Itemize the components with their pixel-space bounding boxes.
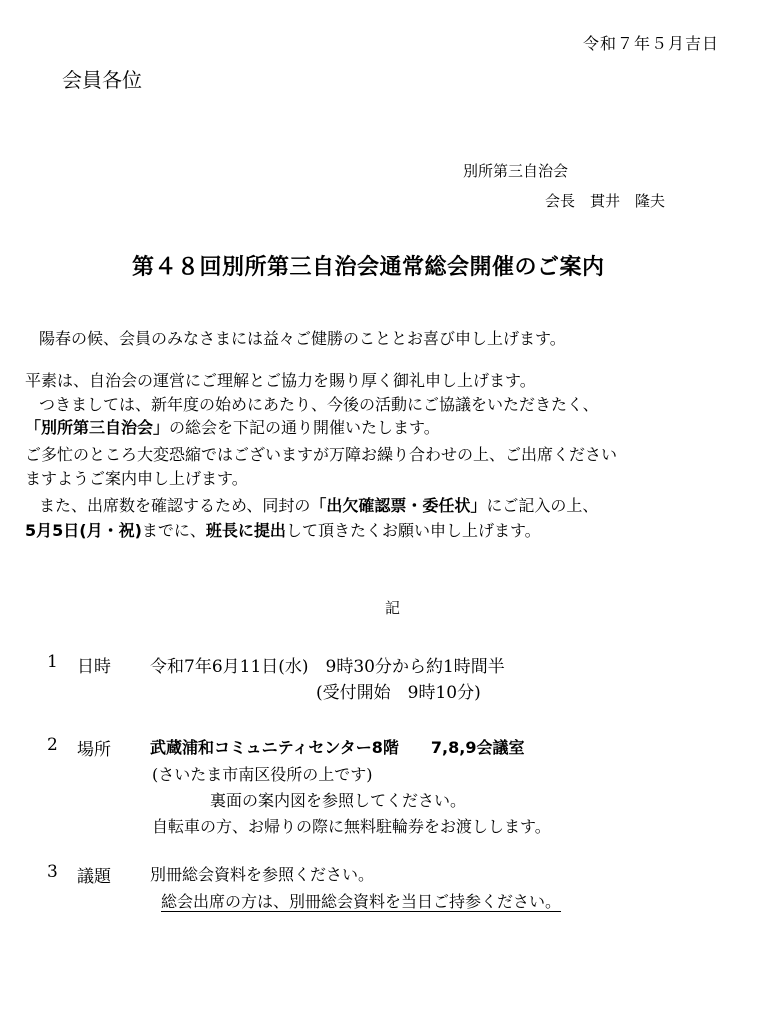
item-number: 2	[47, 735, 58, 755]
purpose-paragraph-line1: つきましては、新年度の始めにあたり、今後の活動にご協議をいただきたく、	[39, 392, 599, 415]
rsvp-text: までに、	[142, 521, 206, 540]
item-value-agenda: 別冊総会資料を参照ください。	[150, 862, 374, 885]
rsvp-instruction-line1: また、出席数を確認するため、同封の「出欠確認票・委任状」にご記入の上、	[39, 493, 598, 516]
venue-note-bicycle: 自転車の方、お帰りの際に無料駐輪券をお渡しします。	[152, 814, 551, 837]
rsvp-deadline: 5月5日(月・祝)	[25, 521, 142, 540]
item-label-datetime: 日時	[77, 652, 111, 677]
notes-heading: 記	[385, 597, 400, 618]
thanks-paragraph: 平素は、自治会の運営にご理解とご協力を賜り厚く御礼申し上げます。	[25, 368, 536, 391]
rsvp-submit-to: 班長に提出	[206, 521, 286, 540]
purpose-text: の総会を下記の通り開催いたします。	[169, 418, 440, 437]
addressee: 会員各位	[62, 64, 142, 93]
item-label-agenda: 議題	[77, 862, 111, 887]
document-title: 第４８回別所第三自治会通常総会開催のご案内	[132, 250, 605, 281]
attendance-request-line1: ご多忙のところ大変恐縮ではございますが万障お繰り合わせの上、ご出席ください	[25, 442, 617, 465]
item-number: 1	[47, 652, 58, 672]
rsvp-text: にご記入の上、	[486, 496, 598, 515]
association-name-emphasis: 「別所第三自治会」	[25, 418, 169, 437]
reception-time: (受付開始 9時10分)	[316, 678, 481, 703]
chairperson-name: 会長 貫井 隆夫	[545, 190, 665, 211]
organization-name: 別所第三自治会	[463, 160, 568, 181]
greeting-paragraph: 陽春の候、会員のみなさまには益々ご健勝のこととお喜び申し上げます。	[39, 326, 566, 349]
rsvp-instruction-line2: 5月5日(月・祝)までに、班長に提出して頂きたくお願い申し上げます。	[25, 518, 541, 541]
rsvp-text: して頂きたくお願い申し上げます。	[286, 521, 541, 540]
item-number: 3	[47, 862, 58, 882]
agenda-note-bring-materials: 総会出席の方は、別冊総会資料を当日ご持参ください。	[161, 889, 561, 912]
issue-date: 令和７年５月吉日	[583, 31, 719, 54]
venue-note-location: (さいたま市南区役所の上です)	[152, 762, 373, 785]
attendance-request-line2: ますようご案内申し上げます。	[25, 466, 248, 489]
item-label-venue: 場所	[77, 735, 111, 760]
purpose-paragraph-line2: 「別所第三自治会」の総会を下記の通り開催いたします。	[25, 415, 440, 438]
rsvp-text: また、出席数を確認するため、同封の	[39, 496, 310, 515]
item-value-venue: 武蔵浦和コミュニティセンター8階 7,8,9会議室	[150, 735, 524, 758]
item-value-datetime: 令和7年6月11日(水) 9時30分から約1時間半	[150, 652, 505, 677]
rsvp-form-name: 「出欠確認票・委任状」	[310, 496, 486, 515]
venue-note-map: 裏面の案内図を参照してください。	[210, 788, 466, 811]
